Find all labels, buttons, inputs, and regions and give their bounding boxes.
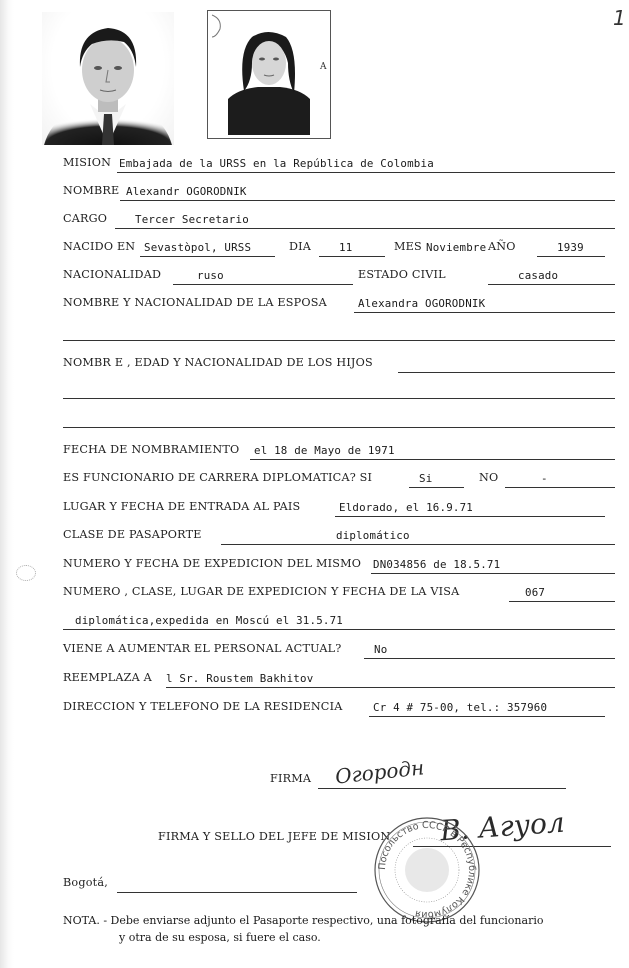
svg-text:A: A bbox=[319, 62, 327, 72]
estado-civil-field[interactable]: casado bbox=[488, 268, 615, 285]
row-nacionalidad: NACIONALIDAD ruso ESTADO CIVIL casado bbox=[63, 268, 615, 286]
residencia-field[interactable]: Cr 4 # 75-00, tel.: 357960 bbox=[369, 700, 605, 717]
cargo-value: Tercer Secretario bbox=[135, 213, 249, 226]
nombre-value: Alexandr OGORODNIK bbox=[126, 185, 247, 198]
reemplaza-value: l Sr. Roustem Bakhitov bbox=[166, 672, 313, 685]
row-visa-2: diplomática,expedida en Moscú el 31.5.71 bbox=[63, 613, 615, 631]
reemplaza-field[interactable]: l Sr. Roustem Bakhitov bbox=[166, 671, 615, 688]
visa-value-line2: diplomática,expedida en Moscú el 31.5.71 bbox=[75, 614, 343, 627]
nombre-label: NOMBRE bbox=[63, 184, 119, 197]
nacido-field[interactable]: Sevastòpol, URSS bbox=[140, 240, 275, 257]
row-nombre: NOMBRE Alexandr OGORODNIK bbox=[63, 184, 615, 202]
row-cargo: CARGO Tercer Secretario bbox=[63, 212, 615, 230]
scan-edge-shadow bbox=[0, 0, 14, 968]
carrera-no-value: - bbox=[541, 472, 548, 485]
visa-value: 067 bbox=[525, 586, 545, 599]
row-residencia: DIRECCION Y TELEFONO DE LA RESIDENCIA Cr… bbox=[63, 700, 615, 718]
embassy-stamp: Посольство СССР в Республике Колумбия bbox=[372, 815, 482, 925]
page-number: 1 bbox=[613, 6, 626, 30]
esposa-extra-line[interactable] bbox=[63, 340, 615, 341]
esposa-field[interactable]: Alexandra OGORODNIK bbox=[354, 296, 615, 313]
ano-value: 1939 bbox=[557, 241, 584, 254]
dia-value: 11 bbox=[339, 241, 352, 254]
row-aumentar: VIENE A AUMENTAR EL PERSONAL ACTUAL? No bbox=[63, 642, 615, 660]
official-photo bbox=[42, 12, 174, 145]
nombre-field[interactable]: Alexandr OGORODNIK bbox=[120, 184, 615, 201]
esposa-value: Alexandra OGORODNIK bbox=[358, 297, 485, 310]
aumentar-field[interactable]: No bbox=[364, 642, 615, 659]
paperclip-mark bbox=[16, 565, 36, 581]
mision-label: MISION bbox=[63, 156, 111, 169]
reemplaza-label: REEMPLAZA A bbox=[63, 671, 152, 684]
esposa-label: NOMBRE Y NACIONALIDAD DE LA ESPOSA bbox=[63, 296, 327, 309]
row-firma: FIRMA bbox=[270, 772, 615, 790]
residencia-value: Cr 4 # 75-00, tel.: 357960 bbox=[373, 701, 547, 714]
row-entrada: LUGAR Y FECHA DE ENTRADA AL PAIS Eldorad… bbox=[63, 500, 615, 518]
row-hijos: NOMBR E , EDAD Y NACIONALIDAD DE LOS HIJ… bbox=[63, 356, 615, 374]
row-bogota: Bogotá, bbox=[63, 876, 615, 894]
ano-field[interactable]: 1939 bbox=[537, 240, 605, 257]
hijos-extra-line-1[interactable] bbox=[63, 398, 615, 399]
entrada-field[interactable]: Eldorado, el 16.9.71 bbox=[335, 500, 605, 517]
bogota-label: Bogotá, bbox=[63, 876, 108, 889]
nacido-label: NACIDO EN bbox=[63, 240, 135, 253]
nacionalidad-value: ruso bbox=[197, 269, 224, 282]
pasaporte-value: diplomático bbox=[336, 529, 410, 542]
row-reemplaza: REEMPLAZA A l Sr. Roustem Bakhitov bbox=[63, 671, 615, 689]
fecha-nombramiento-label: FECHA DE NOMBRAMIENTO bbox=[63, 443, 239, 456]
ussr-seal-icon: Посольство СССР в Республике Колумбия bbox=[372, 815, 482, 925]
visa-field[interactable]: 067 bbox=[509, 585, 615, 602]
pasaporte-field[interactable]: diplomático bbox=[221, 528, 615, 545]
dia-field[interactable]: 11 bbox=[319, 240, 385, 257]
fecha-nombramiento-field[interactable]: el 18 de Mayo de 1971 bbox=[250, 443, 615, 460]
carrera-no-label: NO bbox=[479, 471, 498, 484]
hijos-extra-line-2[interactable] bbox=[63, 427, 615, 428]
estado-civil-value: casado bbox=[518, 269, 558, 282]
nacionalidad-label: NACIONALIDAD bbox=[63, 268, 161, 281]
man-portrait-icon bbox=[42, 12, 174, 145]
cargo-label: CARGO bbox=[63, 212, 107, 225]
row-carrera: ES FUNCIONARIO DE CARRERA DIPLOMATICA? S… bbox=[63, 471, 615, 489]
date-field[interactable] bbox=[117, 876, 357, 893]
aumentar-label: VIENE A AUMENTAR EL PERSONAL ACTUAL? bbox=[63, 642, 342, 655]
mision-field[interactable]: Embajada de la URSS en la República de C… bbox=[117, 156, 615, 173]
entrada-label: LUGAR Y FECHA DE ENTRADA AL PAIS bbox=[63, 500, 300, 513]
row-visa: NUMERO , CLASE, LUGAR DE EXPEDICION Y FE… bbox=[63, 585, 615, 603]
mes-value: Noviembre bbox=[426, 241, 486, 254]
residencia-label: DIRECCION Y TELEFONO DE LA RESIDENCIA bbox=[63, 700, 342, 713]
fecha-nombramiento-value: el 18 de Mayo de 1971 bbox=[254, 444, 395, 457]
nacionalidad-field[interactable]: ruso bbox=[173, 268, 353, 285]
carrera-no-field[interactable]: - bbox=[505, 471, 615, 488]
visa-label: NUMERO , CLASE, LUGAR DE EXPEDICION Y FE… bbox=[63, 585, 459, 598]
expedicion-field[interactable]: DN034856 de 18.5.71 bbox=[371, 557, 615, 574]
row-fecha-nombramiento: FECHA DE NOMBRAMIENTO el 18 de Mayo de 1… bbox=[63, 443, 615, 461]
note-line-1: NOTA. - Debe enviarse adjunto el Pasapor… bbox=[63, 914, 543, 927]
carrera-si-field[interactable]: Si bbox=[409, 471, 464, 488]
row-pasaporte: CLASE DE PASAPORTE diplomático bbox=[63, 528, 615, 546]
carrera-si-value: Si bbox=[419, 472, 432, 485]
mision-value: Embajada de la URSS en la República de C… bbox=[119, 157, 434, 170]
dia-label: DIA bbox=[289, 240, 311, 253]
note-line-2: y otra de su esposa, si fuere el caso. bbox=[63, 929, 543, 946]
mes-label: MES bbox=[394, 240, 422, 253]
jefe-label: FIRMA Y SELLO DEL JEFE DE MISION bbox=[158, 830, 390, 843]
expedicion-value: DN034856 de 18.5.71 bbox=[373, 558, 500, 571]
firma-label: FIRMA bbox=[270, 772, 311, 785]
pasaporte-label: CLASE DE PASAPORTE bbox=[63, 528, 202, 541]
visa-field-line2[interactable]: diplomática,expedida en Moscú el 31.5.71 bbox=[63, 613, 615, 630]
estado-civil-label: ESTADO CIVIL bbox=[358, 268, 446, 281]
aumentar-value: No bbox=[374, 643, 387, 656]
entrada-value: Eldorado, el 16.9.71 bbox=[339, 501, 473, 514]
mes-field[interactable]: Noviembre bbox=[426, 240, 486, 256]
ano-label: AÑO bbox=[488, 240, 516, 253]
carrera-label: ES FUNCIONARIO DE CARRERA DIPLOMATICA? S… bbox=[63, 471, 372, 484]
expedicion-label: NUMERO Y FECHA DE EXPEDICION DEL MISMO bbox=[63, 557, 361, 570]
row-expedicion: NUMERO Y FECHA DE EXPEDICION DEL MISMO D… bbox=[63, 557, 615, 575]
hijos-field[interactable] bbox=[398, 356, 615, 373]
row-esposa: NOMBRE Y NACIONALIDAD DE LA ESPOSA Alexa… bbox=[63, 296, 615, 314]
cargo-field[interactable]: Tercer Secretario bbox=[115, 212, 615, 229]
woman-portrait-icon: A bbox=[208, 11, 330, 138]
row-mision: MISION Embajada de la URSS en la Repúbli… bbox=[63, 156, 615, 174]
footnote: NOTA. - Debe enviarse adjunto el Pasapor… bbox=[63, 912, 543, 946]
visa-registration-form: 1 bbox=[0, 0, 629, 968]
nacido-value: Sevastòpol, URSS bbox=[144, 241, 251, 254]
row-nacido: NACIDO EN Sevastòpol, URSS DIA 11 MES No… bbox=[63, 240, 615, 258]
spouse-photo: A bbox=[207, 10, 331, 139]
hijos-label: NOMBR E , EDAD Y NACIONALIDAD DE LOS HIJ… bbox=[63, 356, 373, 369]
